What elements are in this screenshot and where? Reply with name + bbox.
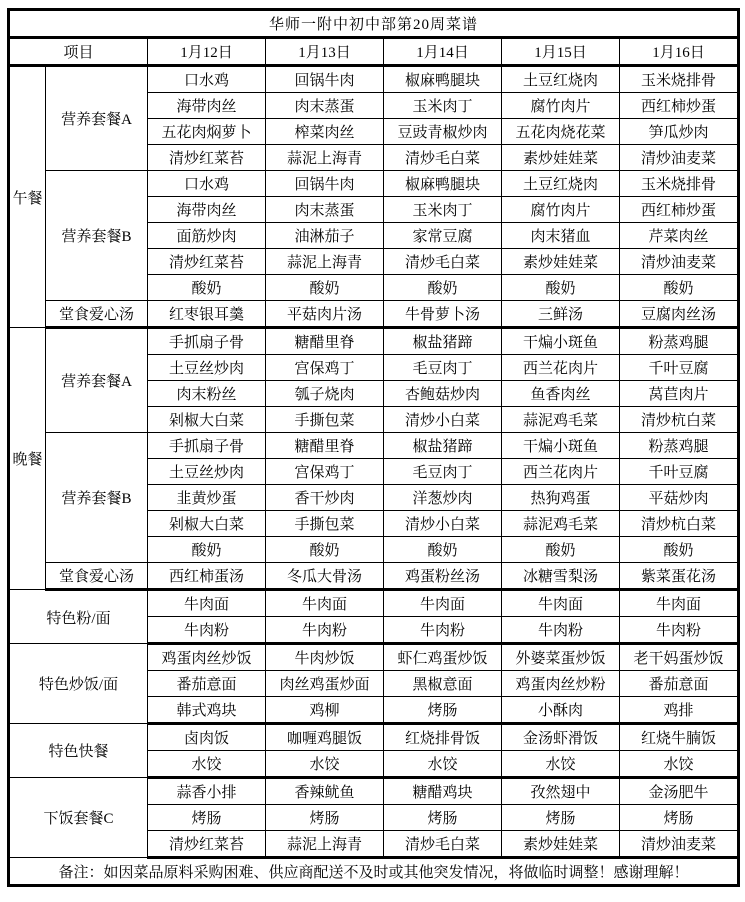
dish-cell: 清炒油麦菜 — [620, 145, 739, 171]
dish-cell: 清炒红菜苔 — [148, 831, 266, 858]
dish-cell: 杏鲍菇炒肉 — [384, 381, 502, 407]
dish-cell: 烤肠 — [384, 805, 502, 831]
dish-cell: 毛豆肉丁 — [384, 355, 502, 381]
group-label-dinner-setA: 营养套餐A — [46, 328, 148, 433]
menu-table: 华师一附中初中部第20周菜谱 项目 1月12日 1月13日 1月14日 1月15… — [7, 8, 740, 887]
dish-cell: 牛肉面 — [266, 590, 384, 617]
dish-cell: 热狗鸡蛋 — [502, 485, 620, 511]
dish-cell: 水饺 — [620, 751, 739, 778]
dish-cell: 清炒油麦菜 — [620, 831, 739, 858]
dish-cell: 酸奶 — [502, 275, 620, 301]
dish-cell: 鸡柳 — [266, 697, 384, 724]
dish-cell: 芹菜肉丝 — [620, 223, 739, 249]
dish-cell: 酸奶 — [502, 537, 620, 563]
dish-cell: 清炒杭白菜 — [620, 407, 739, 433]
dish-cell: 干煸小斑鱼 — [502, 433, 620, 459]
dish-cell: 千叶豆腐 — [620, 355, 739, 381]
dish-cell: 笋瓜炒肉 — [620, 119, 739, 145]
dish-cell: 香辣鱿鱼 — [266, 778, 384, 805]
dish-cell: 清炒毛白菜 — [384, 249, 502, 275]
dish-cell: 毛豆肉丁 — [384, 459, 502, 485]
dish-cell: 水饺 — [502, 751, 620, 778]
dish-cell: 鸡蛋肉丝炒饭 — [148, 644, 266, 671]
dish-cell: 韭黄炒蛋 — [148, 485, 266, 511]
dish-cell: 椒盐猪蹄 — [384, 433, 502, 459]
dish-cell: 土豆丝炒肉 — [148, 459, 266, 485]
dish-cell: 咖喱鸡腿饭 — [266, 724, 384, 751]
dish-cell: 玉米烧排骨 — [620, 66, 739, 93]
dish-cell: 蒜泥鸡毛菜 — [502, 407, 620, 433]
dish-cell: 虾仁鸡蛋炒饭 — [384, 644, 502, 671]
dish-cell: 肉末蒸蛋 — [266, 197, 384, 223]
dish-cell: 酸奶 — [148, 537, 266, 563]
dish-cell: 烤肠 — [148, 805, 266, 831]
dish-cell: 西红柿炒蛋 — [620, 93, 739, 119]
dish-cell: 烤肠 — [384, 697, 502, 724]
group-label-lunch-setB: 营养套餐B — [46, 171, 148, 301]
table-row: 特色快餐 卤肉饭 咖喱鸡腿饭 红烧排骨饭 金汤虾滑饭 红烧牛腩饭 — [9, 724, 739, 751]
group-label-lunch-soup: 堂食爱心汤 — [46, 301, 148, 328]
table-row: 特色炒饭/面 鸡蛋肉丝炒饭 牛肉炒饭 虾仁鸡蛋炒饭 外婆菜蛋炒饭 老干妈蛋炒饭 — [9, 644, 739, 671]
menu-page: 华师一附中初中部第20周菜谱 项目 1月12日 1月13日 1月14日 1月15… — [0, 0, 745, 902]
dish-cell: 玉米烧排骨 — [620, 171, 739, 197]
table-row: 晚餐 营养套餐A 手抓扇子骨 糖醋里脊 椒盐猪蹄 干煸小斑鱼 粉蒸鸡腿 — [9, 328, 739, 355]
dish-cell: 老干妈蛋炒饭 — [620, 644, 739, 671]
dish-cell: 宫保鸡丁 — [266, 459, 384, 485]
dish-cell: 番茄意面 — [148, 671, 266, 697]
remark-text: 备注：如因菜品原料采购困难、供应商配送不及时或其他突发情况，将做临时调整！感谢理… — [9, 858, 739, 886]
meal-label-lunch: 午餐 — [9, 66, 46, 328]
dish-cell: 玉米肉丁 — [384, 197, 502, 223]
dish-cell: 牛肉粉 — [148, 617, 266, 644]
dish-cell: 小酥肉 — [502, 697, 620, 724]
dish-cell: 酸奶 — [384, 275, 502, 301]
dish-cell: 素炒娃娃菜 — [502, 145, 620, 171]
dish-cell: 酸奶 — [620, 537, 739, 563]
dish-cell: 水饺 — [148, 751, 266, 778]
dish-cell: 清炒毛白菜 — [384, 145, 502, 171]
dish-cell: 蒜泥鸡毛菜 — [502, 511, 620, 537]
dish-cell: 牛肉粉 — [384, 617, 502, 644]
dish-cell: 西红柿炒蛋 — [620, 197, 739, 223]
dish-cell: 牛骨萝卜汤 — [384, 301, 502, 328]
dish-cell: 油淋茄子 — [266, 223, 384, 249]
group-label-noodles: 特色粉/面 — [9, 590, 148, 644]
dish-cell: 牛肉粉 — [502, 617, 620, 644]
dish-cell: 清炒杭白菜 — [620, 511, 739, 537]
dish-cell: 糖醋鸡块 — [384, 778, 502, 805]
dish-cell: 紫菜蛋花汤 — [620, 563, 739, 590]
dish-cell: 糖醋里脊 — [266, 328, 384, 355]
header-item-label: 项目 — [9, 38, 148, 66]
dish-cell: 回锅牛肉 — [266, 171, 384, 197]
dish-cell: 烤肠 — [502, 805, 620, 831]
dish-cell: 酸奶 — [266, 275, 384, 301]
date-header: 1月12日 — [148, 38, 266, 66]
dish-cell: 蒜泥上海青 — [266, 249, 384, 275]
dish-cell: 素炒娃娃菜 — [502, 249, 620, 275]
dish-cell: 蒜香小排 — [148, 778, 266, 805]
group-label-fastfood: 特色快餐 — [9, 724, 148, 778]
dish-cell: 土豆丝炒肉 — [148, 355, 266, 381]
dish-cell: 洋葱炒肉 — [384, 485, 502, 511]
title-row: 华师一附中初中部第20周菜谱 — [9, 10, 739, 38]
table-row: 堂食爱心汤 红枣银耳羹 平菇肉片汤 牛骨萝卜汤 三鲜汤 豆腐肉丝汤 — [9, 301, 739, 328]
dish-cell: 酸奶 — [384, 537, 502, 563]
dish-cell: 清炒油麦菜 — [620, 249, 739, 275]
dish-cell: 糖醋里脊 — [266, 433, 384, 459]
dish-cell: 口水鸡 — [148, 66, 266, 93]
dish-cell: 冬瓜大骨汤 — [266, 563, 384, 590]
dish-cell: 回锅牛肉 — [266, 66, 384, 93]
dish-cell: 手撕包菜 — [266, 407, 384, 433]
table-row: 营养套餐B 手抓扇子骨 糖醋里脊 椒盐猪蹄 干煸小斑鱼 粉蒸鸡腿 — [9, 433, 739, 459]
dish-cell: 牛肉面 — [384, 590, 502, 617]
group-label-setc: 下饭套餐C — [9, 778, 148, 858]
dish-cell: 手抓扇子骨 — [148, 433, 266, 459]
dish-cell: 清炒红菜苔 — [148, 249, 266, 275]
dish-cell: 素炒娃娃菜 — [502, 831, 620, 858]
dish-cell: 干煸小斑鱼 — [502, 328, 620, 355]
dish-cell: 酸奶 — [620, 275, 739, 301]
dish-cell: 黑椒意面 — [384, 671, 502, 697]
table-row: 特色粉/面 牛肉面 牛肉面 牛肉面 牛肉面 牛肉面 — [9, 590, 739, 617]
dish-cell: 清炒小白菜 — [384, 511, 502, 537]
dish-cell: 平菇炒肉 — [620, 485, 739, 511]
dish-cell: 粉蒸鸡腿 — [620, 433, 739, 459]
date-header: 1月13日 — [266, 38, 384, 66]
dish-cell: 西兰花肉片 — [502, 459, 620, 485]
dish-cell: 腐竹肉片 — [502, 197, 620, 223]
group-label-dinner-soup: 堂食爱心汤 — [46, 563, 148, 590]
dish-cell: 土豆红烧肉 — [502, 171, 620, 197]
dish-cell: 腐竹肉片 — [502, 93, 620, 119]
dish-cell: 海带肉丝 — [148, 93, 266, 119]
table-row: 堂食爱心汤 西红柿蛋汤 冬瓜大骨汤 鸡蛋粉丝汤 冰糖雪梨汤 紫菜蛋花汤 — [9, 563, 739, 590]
meal-label-dinner: 晚餐 — [9, 328, 46, 590]
dish-cell: 鸡排 — [620, 697, 739, 724]
dish-cell: 椒麻鸭腿块 — [384, 171, 502, 197]
dish-cell: 蒜泥上海青 — [266, 145, 384, 171]
dish-cell: 莴苣肉片 — [620, 381, 739, 407]
dish-cell: 卤肉饭 — [148, 724, 266, 751]
dish-cell: 西兰花肉片 — [502, 355, 620, 381]
dish-cell: 豆腐肉丝汤 — [620, 301, 739, 328]
dish-cell: 牛肉粉 — [620, 617, 739, 644]
dish-cell: 平菇肉片汤 — [266, 301, 384, 328]
dish-cell: 三鲜汤 — [502, 301, 620, 328]
dish-cell: 牛肉粉 — [266, 617, 384, 644]
dish-cell: 鱼香肉丝 — [502, 381, 620, 407]
dish-cell: 鸡蛋肉丝炒粉 — [502, 671, 620, 697]
dish-cell: 豆豉青椒炒肉 — [384, 119, 502, 145]
dish-cell: 清炒毛白菜 — [384, 831, 502, 858]
dish-cell: 西红柿蛋汤 — [148, 563, 266, 590]
dish-cell: 酸奶 — [266, 537, 384, 563]
dish-cell: 金汤虾滑饭 — [502, 724, 620, 751]
dish-cell: 肉丝鸡蛋炒面 — [266, 671, 384, 697]
dish-cell: 手抓扇子骨 — [148, 328, 266, 355]
dish-cell: 海带肉丝 — [148, 197, 266, 223]
dish-cell: 土豆红烧肉 — [502, 66, 620, 93]
dish-cell: 鸡蛋粉丝汤 — [384, 563, 502, 590]
group-label-friedrice: 特色炒饭/面 — [9, 644, 148, 724]
table-row: 午餐 营养套餐A 口水鸡 回锅牛肉 椒麻鸭腿块 土豆红烧肉 玉米烧排骨 — [9, 66, 739, 93]
dish-cell: 牛肉面 — [148, 590, 266, 617]
dish-cell: 清炒小白菜 — [384, 407, 502, 433]
dish-cell: 孜然翅中 — [502, 778, 620, 805]
dish-cell: 烤肠 — [620, 805, 739, 831]
dish-cell: 烤肠 — [266, 805, 384, 831]
dish-cell: 肉末猪血 — [502, 223, 620, 249]
dish-cell: 椒麻鸭腿块 — [384, 66, 502, 93]
dish-cell: 牛肉面 — [620, 590, 739, 617]
group-label-lunch-setA: 营养套餐A — [46, 66, 148, 171]
dish-cell: 牛肉炒饭 — [266, 644, 384, 671]
remark-row: 备注：如因菜品原料采购困难、供应商配送不及时或其他突发情况，将做临时调整！感谢理… — [9, 858, 739, 886]
dish-cell: 椒盐猪蹄 — [384, 328, 502, 355]
dish-cell: 宫保鸡丁 — [266, 355, 384, 381]
dish-cell: 外婆菜蛋炒饭 — [502, 644, 620, 671]
dish-cell: 面筋炒肉 — [148, 223, 266, 249]
dish-cell: 水饺 — [266, 751, 384, 778]
dish-cell: 肉末蒸蛋 — [266, 93, 384, 119]
dish-cell: 香干炒肉 — [266, 485, 384, 511]
dish-cell: 粉蒸鸡腿 — [620, 328, 739, 355]
dish-cell: 红枣银耳羹 — [148, 301, 266, 328]
dish-cell: 酸奶 — [148, 275, 266, 301]
dish-cell: 水饺 — [384, 751, 502, 778]
table-row: 下饭套餐C 蒜香小排 香辣鱿鱼 糖醋鸡块 孜然翅中 金汤肥牛 — [9, 778, 739, 805]
group-label-dinner-setB: 营养套餐B — [46, 433, 148, 563]
dish-cell: 红烧排骨饭 — [384, 724, 502, 751]
dish-cell: 手撕包菜 — [266, 511, 384, 537]
dish-cell: 玉米肉丁 — [384, 93, 502, 119]
dish-cell: 肉末粉丝 — [148, 381, 266, 407]
date-header: 1月14日 — [384, 38, 502, 66]
page-title: 华师一附中初中部第20周菜谱 — [9, 10, 739, 38]
header-row: 项目 1月12日 1月13日 1月14日 1月15日 1月16日 — [9, 38, 739, 66]
date-header: 1月16日 — [620, 38, 739, 66]
dish-cell: 清炒红菜苔 — [148, 145, 266, 171]
dish-cell: 番茄意面 — [620, 671, 739, 697]
dish-cell: 蒜泥上海青 — [266, 831, 384, 858]
dish-cell: 冰糖雪梨汤 — [502, 563, 620, 590]
dish-cell: 红烧牛腩饭 — [620, 724, 739, 751]
date-header: 1月15日 — [502, 38, 620, 66]
dish-cell: 榨菜肉丝 — [266, 119, 384, 145]
dish-cell: 金汤肥牛 — [620, 778, 739, 805]
dish-cell: 家常豆腐 — [384, 223, 502, 249]
dish-cell: 剁椒大白菜 — [148, 511, 266, 537]
table-row: 营养套餐B 口水鸡 回锅牛肉 椒麻鸭腿块 土豆红烧肉 玉米烧排骨 — [9, 171, 739, 197]
dish-cell: 瓠子烧肉 — [266, 381, 384, 407]
dish-cell: 五花肉焖萝卜 — [148, 119, 266, 145]
dish-cell: 韩式鸡块 — [148, 697, 266, 724]
dish-cell: 五花肉烧花菜 — [502, 119, 620, 145]
dish-cell: 口水鸡 — [148, 171, 266, 197]
dish-cell: 千叶豆腐 — [620, 459, 739, 485]
dish-cell: 牛肉面 — [502, 590, 620, 617]
dish-cell: 剁椒大白菜 — [148, 407, 266, 433]
